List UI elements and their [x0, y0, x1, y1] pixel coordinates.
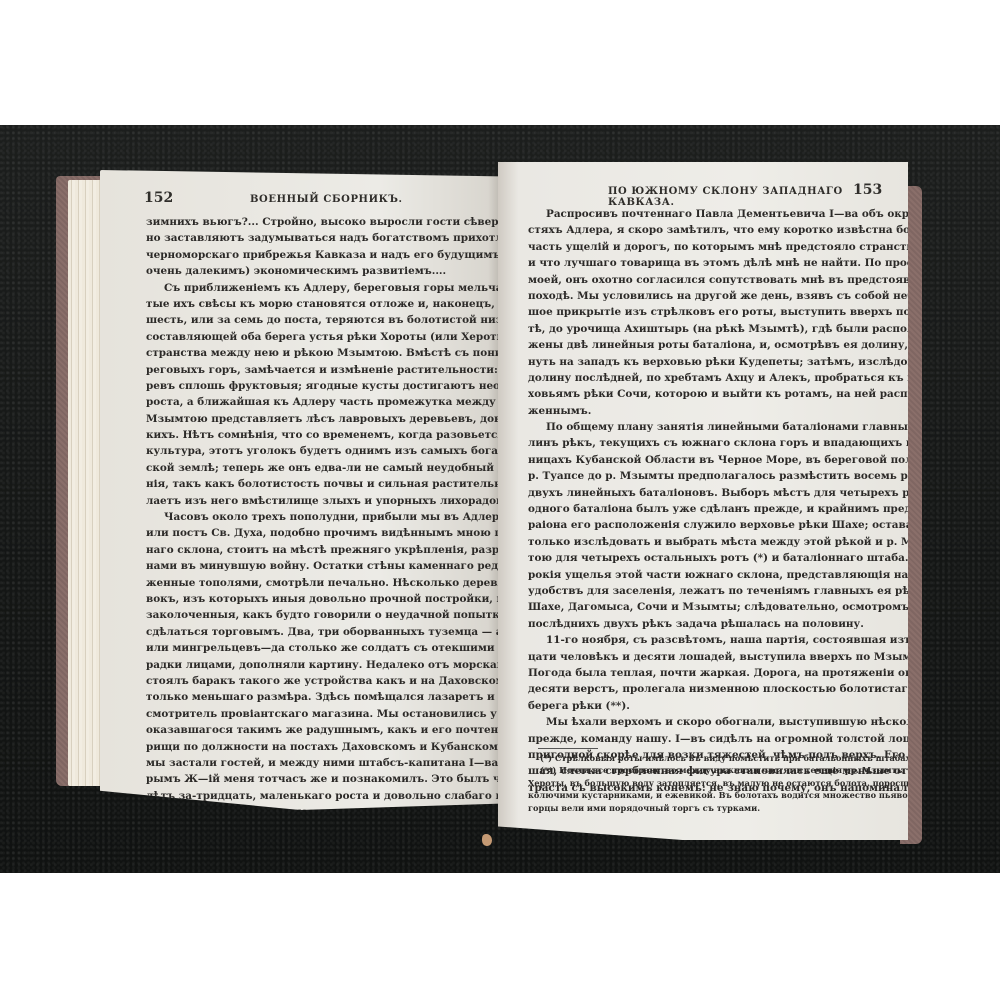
text-line: только меньшаго размѣра. Здѣсь помѣщался… [146, 689, 476, 705]
text-line: часть ущелій и дорогъ, по которымъ мнѣ п… [528, 239, 856, 255]
right-page: По южному склону западнаго Кавказа. 153 … [498, 162, 908, 840]
text-line: Часовъ около трехъ пополудни, прибыли мы… [146, 509, 476, 525]
text-line: тые ихъ свѣсы къ морю становятся отложе … [146, 296, 476, 312]
right-page-number: 153 [853, 182, 882, 198]
text-line: прежде, команду нашу. І—въ сидѣлъ на огр… [528, 731, 856, 747]
right-body-text: Распросивъ почтеннаго Павла Дементьевича… [528, 206, 856, 796]
text-line: ревъ сплошь фруктовыя; ягодные кусты дос… [146, 378, 476, 394]
text-line: раіона его расположенія служило верховье… [528, 517, 856, 533]
text-line: Хероты, въ большую воду затопляется, въ … [528, 777, 856, 789]
footnote-rule [538, 748, 598, 749]
text-line: культура, этотъ уголокъ будетъ однимъ из… [146, 443, 476, 459]
text-line: Распросивъ почтеннаго Павла Дементьевича… [528, 206, 856, 222]
text-line: и что лучшаго товарища въ этомъ дѣлѣ мнѣ… [528, 255, 856, 271]
text-line: странства между нею и рѣкою Мзымтою. Вмѣ… [146, 345, 476, 361]
text-line: горцы вели ими порядочный торгъ съ турка… [528, 802, 856, 814]
right-footnotes: (*) Стрѣлковыя роты имѣлось въ виду помѣ… [528, 752, 856, 814]
left-running-head: Военный сборникъ. [250, 194, 403, 205]
text-line: нуть на западъ къ верховью рѣки Кудепеты… [528, 354, 856, 370]
text-line: походѣ. Мы условились на другой же день,… [528, 288, 856, 304]
text-line: долину послѣдней, по хребтамъ Ахцу и Але… [528, 370, 856, 386]
text-line: составляющей оба берега устья рѣки Хорот… [146, 329, 476, 345]
text-line: десяти верстъ, пролегала низменною плоск… [528, 681, 856, 697]
text-line: роста, а ближайшая къ Адлеру часть проме… [146, 394, 476, 410]
text-line: моей, онъ охотно согласился сопутствоват… [528, 272, 856, 288]
text-line: (*) Стрѣлковыя роты имѣлось въ виду помѣ… [528, 752, 856, 764]
text-line: или мингрельцевъ—да столько же солдатъ с… [146, 640, 476, 656]
left-body-text: зимнихъ вьюгъ?... Стройно, высоко выросл… [146, 214, 476, 870]
text-line: жены двѣ линейныя роты баталіона, и, осм… [528, 337, 856, 353]
text-line: наго склона, стоитъ на мѣстѣ прежняго ук… [146, 542, 476, 558]
text-line: оказавшагося такимъ же радушнымъ, какъ и… [146, 722, 476, 738]
text-line: тѣ, до урочища Ахиштырь (на рѣкѣ Мзымтѣ)… [528, 321, 856, 337]
text-line: вокъ, изъ которыхъ иныя довольно прочной… [146, 591, 476, 607]
text-line: По общему плану занятія линейными баталі… [528, 419, 856, 435]
left-page-number: 152 [144, 190, 173, 206]
text-line: рищи по должности на постахъ Даховскомъ … [146, 739, 476, 755]
text-line: рокія ущелья этой части южнаго склона, п… [528, 567, 856, 583]
text-line: 11-го ноября, съ разсвѣтомъ, наша партія… [528, 632, 856, 648]
text-line: мы застали гостей, и между ними штабсъ-к… [146, 755, 476, 771]
text-line: зимнихъ вьюгъ?... Стройно, высоко выросл… [146, 214, 476, 230]
text-line: (**) Почти все пространство между нижним… [528, 764, 856, 776]
text-line: ской землѣ; теперь же онъ едва-ли не сам… [146, 460, 476, 476]
text-line: стяхъ Адлера, я скоро замѣтилъ, что ему … [528, 222, 856, 238]
text-line: берега рѣки (**). [528, 698, 856, 714]
text-line: женнымъ. [528, 403, 856, 419]
text-line: или постъ Св. Духа, подобно прочимъ видѣ… [146, 525, 476, 541]
text-line: лаетъ изъ него вмѣстилище злыхъ и упорны… [146, 493, 476, 509]
text-line: Погода была теплая, почти жаркая. Дорога… [528, 665, 856, 681]
text-line: двухъ линейныхъ баталіоновъ. Выборъ мѣст… [528, 485, 856, 501]
text-line: рымъ Ж—ій меня тотчасъ же и познакомилъ.… [146, 771, 476, 787]
text-line: но заставляютъ задумываться надъ богатст… [146, 230, 476, 246]
text-line: Мы ѣхали верхомъ и скоро обогнали, высту… [528, 714, 856, 730]
text-line: черноморскаго прибрежья Кавказа и надъ е… [146, 247, 476, 263]
text-line: женные тополями, смотрѣли печально. Нѣск… [146, 575, 476, 591]
text-line: Шахе, Дагомыса, Сочи и Мзымты; слѣдовате… [528, 599, 856, 615]
text-line: р. Туапсе до р. Мзымты предполагалось ра… [528, 468, 856, 484]
text-line: реговыхъ горъ, замѣчается и измѣненіе ра… [146, 362, 476, 378]
text-line: ницахъ Кубанской Области въ Черное Море,… [528, 452, 856, 468]
text-line: тою для четырехъ остальныхъ ротъ (*) и б… [528, 550, 856, 566]
text-line: очень далекимъ) экономическимъ развитіем… [146, 263, 476, 279]
text-line: шесть, или за семь до поста, теряются въ… [146, 312, 476, 328]
text-line: кихъ. Нѣтъ сомнѣнія, что со временемъ, к… [146, 427, 476, 443]
text-line: одного баталіона былъ уже сдѣланъ прежде… [528, 501, 856, 517]
text-line: Съ приближеніемъ къ Адлеру, береговыя го… [146, 280, 476, 296]
text-line: удобствъ для заселенія, лежатъ по течені… [528, 583, 856, 599]
text-line: сдѣлаться торговымъ. Два, три оборванных… [146, 624, 476, 640]
text-line: Мзымтою представляетъ лѣсъ лавровыхъ дер… [146, 411, 476, 427]
text-line: заколоченныя, какъ будто говорили о неуд… [146, 607, 476, 623]
text-line: стоялъ баракъ такого же устройства какъ … [146, 673, 476, 689]
text-line: ховьямъ рѣки Сочи, которою и выйти къ ро… [528, 386, 856, 402]
page-corner-tear [482, 834, 492, 846]
text-line: шое прикрытіе изъ стрѣлковъ его роты, вы… [528, 304, 856, 320]
text-line: линъ рѣкъ, текущихъ съ южнаго склона гор… [528, 435, 856, 451]
left-page: 152 Военный сборникъ. зимнихъ вьюгъ?... … [100, 170, 500, 810]
text-line: радки лицами, дополняли картину. Недалек… [146, 657, 476, 673]
text-line: смотритель провіантскаго магазина. Мы ос… [146, 706, 476, 722]
text-line: нами въ минувшую войну. Остатки стѣны ка… [146, 558, 476, 574]
text-line: колючими кустарниками, и ежевикой. Въ бо… [528, 789, 856, 801]
text-line: только изслѣдовать и выбрать мѣста между… [528, 534, 856, 550]
text-line: нія, такъ какъ болотистость почвы и силь… [146, 476, 476, 492]
text-line: цати человѣкъ и десяти лошадей, выступил… [528, 649, 856, 665]
text-line: послѣднихъ двухъ рѣкъ задача рѣшалась на… [528, 616, 856, 632]
